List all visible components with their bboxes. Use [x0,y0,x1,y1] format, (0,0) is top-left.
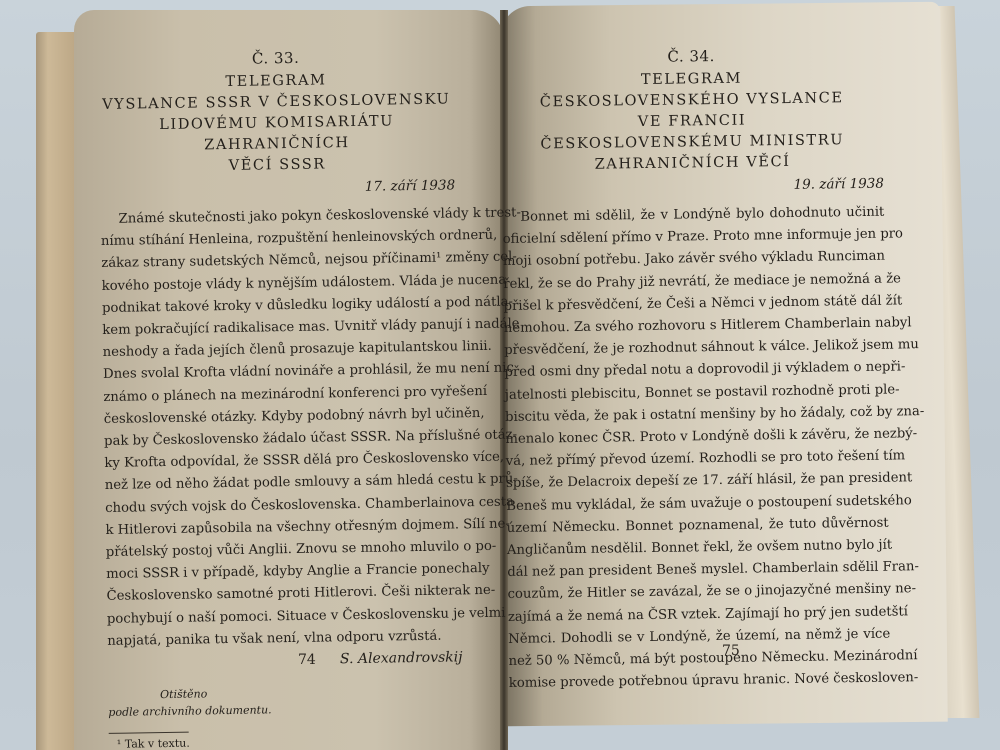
body-text: Známé skutečnosti jako pokyn českosloven… [100,203,462,653]
heading-line: LIDOVÉMU KOMISARIÁTU ZAHRANIČNÍCH [99,110,455,158]
page-number-right: 75 [722,643,740,659]
body-text: Bonnet mi sdělil, že v Londýně bylo doho… [502,202,891,696]
footnote-divider [109,732,189,734]
book-cover-left [36,32,76,750]
signature: S. Alexandrovskij [107,649,462,671]
text-line: napjatá, panika tu však není, vlna odpor… [107,625,462,653]
heading-line: VĚCÍ SSSR [100,152,455,179]
source-line: Otištěno [108,681,463,704]
right-page: Č. 34. TELEGRAM ČESKOSLOVENSKÉHO VYSLANC… [500,45,891,696]
document-heading: TELEGRAM ČESKOSLOVENSKÉHO VYSLANCE VE FR… [500,67,883,177]
document-heading: TELEGRAM VYSLANCE SSSR V ČESKOSLOVENSKU … [98,68,455,179]
source-note: Otištěno podle archivního dokumentu. [108,681,463,721]
document-date: 17. září 1938 [100,177,455,199]
document-date: 19. září 1938 [502,176,884,197]
left-page: Č. 33. TELEGRAM VYSLANCE SSSR V ČESKOSLO… [98,46,464,750]
source-line: podle archivního dokumentu. [108,703,271,719]
page-number-left: 74 [298,652,316,668]
